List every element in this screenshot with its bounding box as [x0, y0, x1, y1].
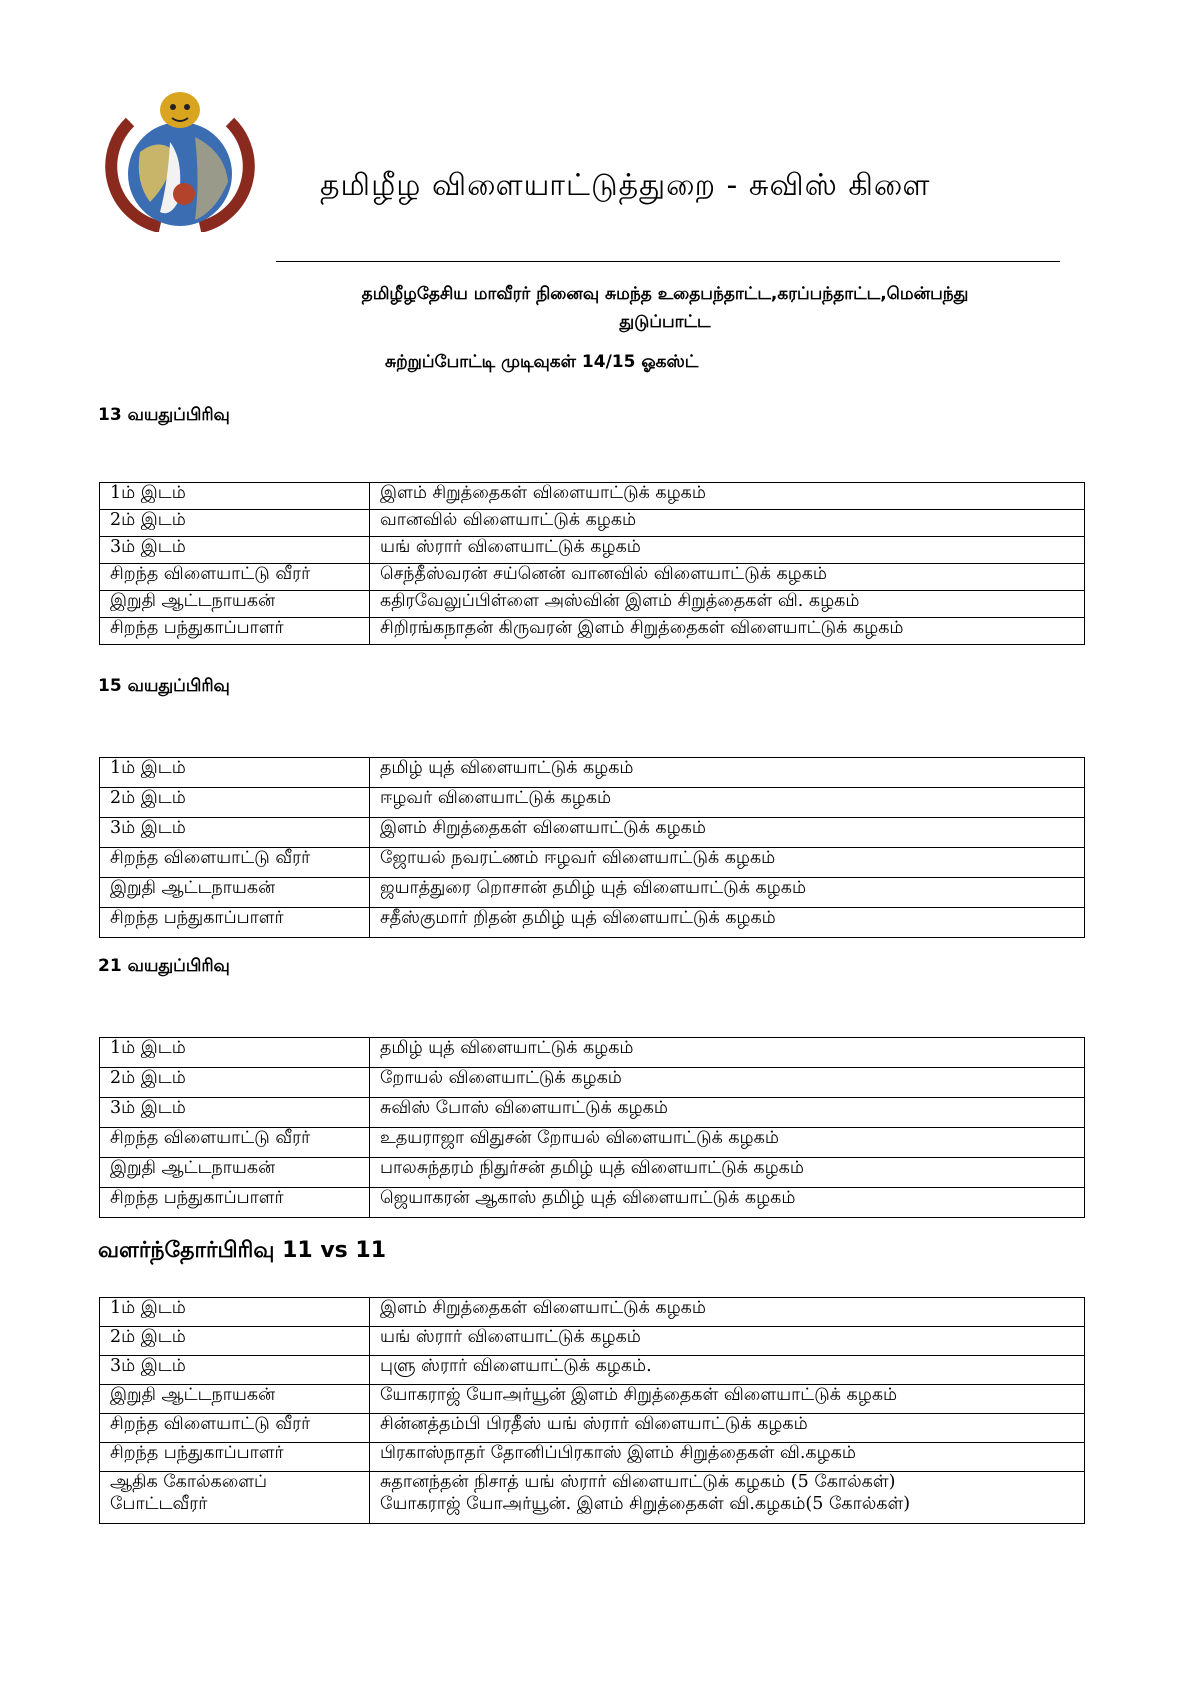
award-winner: ஈழவர் விளையாட்டுக் கழகம்	[370, 788, 1085, 818]
award-label: இறுதி ஆட்டநாயகன்	[100, 591, 370, 618]
award-label: சிறந்த பந்துகாப்பாளர்	[100, 1443, 370, 1472]
winner-line: ஈழவர் விளையாட்டுக் கழகம்	[380, 788, 1074, 810]
award-label: இறுதி ஆட்டநாயகன்	[100, 878, 370, 908]
winner-line: சின்னத்தம்பி பிரதீஸ் யங் ஸ்ரார் விளையாட்…	[380, 1414, 1074, 1436]
award-winner: புளு ஸ்ரார் விளையாட்டுக் கழகம்.	[370, 1356, 1085, 1385]
table-row: 3ம் இடம்புளு ஸ்ரார் விளையாட்டுக் கழகம்.	[100, 1356, 1085, 1385]
winner-line: யோகராஜ் யோஅர்யூன். இளம் சிறுத்தைகள் வி.க…	[380, 1494, 1074, 1516]
award-label: 3ம் இடம்	[100, 818, 370, 848]
tournament-subtitle: தமிழீழதேசிய மாவீரர் நினைவு சுமந்த உதைபந்…	[270, 280, 1060, 336]
award-winner: யோகராஜ் யோஅர்யூன் இளம் சிறுத்தைகள் விளைய…	[370, 1385, 1085, 1414]
winner-line: கதிரவேலுப்பிள்ளை அஸ்வின் இளம் சிறுத்தைகள…	[380, 591, 1074, 613]
award-winner: ஜெயாகரன் ஆகாஸ் தமிழ் யுத் விளையாட்டுக் க…	[370, 1188, 1085, 1218]
table-row: இறுதி ஆட்டநாயகன்யோகராஜ் யோஅர்யூன் இளம் ச…	[100, 1385, 1085, 1414]
award-winner: சதீஸ்குமார் றிதன் தமிழ் யுத் விளையாட்டுக…	[370, 908, 1085, 938]
winner-line: இளம் சிறுத்தைகள் விளையாட்டுக் கழகம்	[380, 483, 1074, 505]
table-row: 1ம் இடம்தமிழ் யுத் விளையாட்டுக் கழகம்	[100, 1038, 1085, 1068]
table-row: இறுதி ஆட்டநாயகன்ஜயாத்துரை றொசான் தமிழ் ய…	[100, 878, 1085, 908]
winner-line: யங் ஸ்ரார் விளையாட்டுக் கழகம்	[380, 537, 1074, 559]
award-label: 2ம் இடம்	[100, 788, 370, 818]
table-row: 3ம் இடம்சுவிஸ் போஸ் விளையாட்டுக் கழகம்	[100, 1098, 1085, 1128]
award-winner: கதிரவேலுப்பிள்ளை அஸ்வின் இளம் சிறுத்தைகள…	[370, 591, 1085, 618]
winner-line: வானவில் விளையாட்டுக் கழகம்	[380, 510, 1074, 532]
table-row: 3ம் இடம்யங் ஸ்ரார் விளையாட்டுக் கழகம்	[100, 537, 1085, 564]
award-label: சிறந்த பந்துகாப்பாளர்	[100, 908, 370, 938]
award-winner: செந்தீஸ்வரன் சய்னென் வானவில் விளையாட்டுக…	[370, 564, 1085, 591]
award-winner: தமிழ் யுத் விளையாட்டுக் கழகம்	[370, 758, 1085, 788]
results-table-u13: 1ம் இடம்இளம் சிறுத்தைகள் விளையாட்டுக் கழ…	[99, 482, 1085, 645]
award-winner: தமிழ் யுத் விளையாட்டுக் கழகம்	[370, 1038, 1085, 1068]
winner-line: சிறிரங்கநாதன் கிருவரன் இளம் சிறுத்தைகள் …	[380, 618, 1074, 640]
winner-line: ஜோயல் நவரட்ணம் ஈழவர் விளையாட்டுக் கழகம்	[380, 848, 1074, 870]
table-row: சிறந்த பந்துகாப்பாளர்ஜெயாகரன் ஆகாஸ் தமிழ…	[100, 1188, 1085, 1218]
award-winner: வானவில் விளையாட்டுக் கழகம்	[370, 510, 1085, 537]
winner-line: செந்தீஸ்வரன் சய்னென் வானவில் விளையாட்டுக…	[380, 564, 1074, 586]
winner-line: சுவிஸ் போஸ் விளையாட்டுக் கழகம்	[380, 1098, 1074, 1120]
table-row: சிறந்த விளையாட்டு வீரர்செந்தீஸ்வரன் சய்ன…	[100, 564, 1085, 591]
award-winner: சிறிரங்கநாதன் கிருவரன் இளம் சிறுத்தைகள் …	[370, 618, 1085, 645]
winner-line: ஜயாத்துரை றொசான் தமிழ் யுத் விளையாட்டுக்…	[380, 878, 1074, 900]
award-label: சிறந்த பந்துகாப்பாளர்	[100, 618, 370, 645]
award-winner: இளம் சிறுத்தைகள் விளையாட்டுக் கழகம்	[370, 818, 1085, 848]
award-label: 2ம் இடம்	[100, 1068, 370, 1098]
results-date: சுற்றுப்போட்டி முடிவுகள் 14/15 ஓகஸ்ட்	[385, 352, 698, 374]
award-winner: யங் ஸ்ரார் விளையாட்டுக் கழகம்	[370, 537, 1085, 564]
award-winner: யங் ஸ்ரார் விளையாட்டுக் கழகம்	[370, 1327, 1085, 1356]
award-winner: பிரகாஸ்நாதர் தோனிப்பிரகாஸ் இளம் சிறுத்தை…	[370, 1443, 1085, 1472]
section-heading-u13: 13 வயதுப்பிரிவு	[98, 405, 230, 427]
table-row: 1ம் இடம்இளம் சிறுத்தைகள் விளையாட்டுக் கழ…	[100, 483, 1085, 510]
table-row: சிறந்த விளையாட்டு வீரர்ஜோயல் நவரட்ணம் ஈழ…	[100, 848, 1085, 878]
award-winner: பாலசுந்தரம் நிதுர்சன் தமிழ் யுத் விளையாட…	[370, 1158, 1085, 1188]
award-winner: றோயல் விளையாட்டுக் கழகம்	[370, 1068, 1085, 1098]
section-heading-u21: 21 வயதுப்பிரிவு	[98, 956, 230, 978]
emblem-icon	[100, 82, 260, 232]
table-row: இறுதி ஆட்டநாயகன்கதிரவேலுப்பிள்ளை அஸ்வின்…	[100, 591, 1085, 618]
table-row: 3ம் இடம்இளம் சிறுத்தைகள் விளையாட்டுக் கழ…	[100, 818, 1085, 848]
winner-line: யோகராஜ் யோஅர்யூன் இளம் சிறுத்தைகள் விளைய…	[380, 1385, 1074, 1407]
winner-line: றோயல் விளையாட்டுக் கழகம்	[380, 1068, 1074, 1090]
winner-line: உதயராஜா விதுசன் றோயல் விளையாட்டுக் கழகம்	[380, 1128, 1074, 1150]
winner-line: புளு ஸ்ரார் விளையாட்டுக் கழகம்.	[380, 1356, 1074, 1378]
winner-line: பிரகாஸ்நாதர் தோனிப்பிரகாஸ் இளம் சிறுத்தை…	[380, 1443, 1074, 1465]
award-winner: உதயராஜா விதுசன் றோயல் விளையாட்டுக் கழகம்	[370, 1128, 1085, 1158]
winner-line: இளம் சிறுத்தைகள் விளையாட்டுக் கழகம்	[380, 818, 1074, 840]
award-label: சிறந்த விளையாட்டு வீரர்	[100, 848, 370, 878]
winner-line: சதீஸ்குமார் றிதன் தமிழ் யுத் விளையாட்டுக…	[380, 908, 1074, 930]
award-winner: சுதானந்தன் நிசாத் யங் ஸ்ரார் விளையாட்டுக…	[370, 1472, 1085, 1524]
winner-line: பாலசுந்தரம் நிதுர்சன் தமிழ் யுத் விளையாட…	[380, 1158, 1074, 1180]
award-label: 1ம் இடம்	[100, 483, 370, 510]
winner-line: இளம் சிறுத்தைகள் விளையாட்டுக் கழகம்	[380, 1298, 1074, 1320]
table-row: 1ம் இடம்இளம் சிறுத்தைகள் விளையாட்டுக் கழ…	[100, 1298, 1085, 1327]
table-row: 1ம் இடம்தமிழ் யுத் விளையாட்டுக் கழகம்	[100, 758, 1085, 788]
award-winner: இளம் சிறுத்தைகள் விளையாட்டுக் கழகம்	[370, 1298, 1085, 1327]
page-title: தமிழீழ விளையாட்டுத்துறை - சுவிஸ் கிளை	[320, 168, 930, 207]
award-label: சிறந்த விளையாட்டு வீரர்	[100, 1128, 370, 1158]
award-label: சிறந்த விளையாட்டு வீரர்	[100, 1414, 370, 1443]
award-winner: சுவிஸ் போஸ் விளையாட்டுக் கழகம்	[370, 1098, 1085, 1128]
award-label: 2ம் இடம்	[100, 510, 370, 537]
table-row: இறுதி ஆட்டநாயகன்பாலசுந்தரம் நிதுர்சன் தம…	[100, 1158, 1085, 1188]
award-label: சிறந்த விளையாட்டு வீரர்	[100, 564, 370, 591]
award-winner: ஜயாத்துரை றொசான் தமிழ் யுத் விளையாட்டுக்…	[370, 878, 1085, 908]
award-label: சிறந்த பந்துகாப்பாளர்	[100, 1188, 370, 1218]
results-table-u21: 1ம் இடம்தமிழ் யுத் விளையாட்டுக் கழகம்2ம்…	[99, 1037, 1085, 1218]
table-row: 2ம் இடம்யங் ஸ்ரார் விளையாட்டுக் கழகம்	[100, 1327, 1085, 1356]
award-label: 3ம் இடம்	[100, 1356, 370, 1385]
award-label: 1ம் இடம்	[100, 1038, 370, 1068]
award-label: ஆதிக கோல்களைப் போட்டவீரர்	[100, 1472, 370, 1524]
winner-line: தமிழ் யுத் விளையாட்டுக் கழகம்	[380, 758, 1074, 780]
award-winner: இளம் சிறுத்தைகள் விளையாட்டுக் கழகம்	[370, 483, 1085, 510]
section-heading-u15: 15 வயதுப்பிரிவு	[98, 676, 230, 698]
award-label: 2ம் இடம்	[100, 1327, 370, 1356]
sports-council-logo	[100, 82, 260, 232]
winner-line: சுதானந்தன் நிசாத் யங் ஸ்ரார் விளையாட்டுக…	[380, 1472, 1074, 1494]
award-winner: சின்னத்தம்பி பிரதீஸ் யங் ஸ்ரார் விளையாட்…	[370, 1414, 1085, 1443]
table-row: சிறந்த பந்துகாப்பாளர்சிறிரங்கநாதன் கிருவ…	[100, 618, 1085, 645]
results-table-u15: 1ம் இடம்தமிழ் யுத் விளையாட்டுக் கழகம்2ம்…	[99, 757, 1085, 938]
award-label: 3ம் இடம்	[100, 1098, 370, 1128]
table-row: ஆதிக கோல்களைப் போட்டவீரர்சுதானந்தன் நிசா…	[100, 1472, 1085, 1524]
winner-line: ஜெயாகரன் ஆகாஸ் தமிழ் யுத் விளையாட்டுக் க…	[380, 1188, 1074, 1210]
section-heading-adult: வளர்ந்தோர்பிரிவு 11 vs 11	[98, 1238, 386, 1266]
table-row: சிறந்த பந்துகாப்பாளர்பிரகாஸ்நாதர் தோனிப்…	[100, 1443, 1085, 1472]
award-label: 1ம் இடம்	[100, 1298, 370, 1327]
award-winner: ஜோயல் நவரட்ணம் ஈழவர் விளையாட்டுக் கழகம்	[370, 848, 1085, 878]
award-label: இறுதி ஆட்டநாயகன்	[100, 1158, 370, 1188]
table-row: 2ம் இடம்றோயல் விளையாட்டுக் கழகம்	[100, 1068, 1085, 1098]
table-row: 2ம் இடம்வானவில் விளையாட்டுக் கழகம்	[100, 510, 1085, 537]
award-label: 1ம் இடம்	[100, 758, 370, 788]
table-row: சிறந்த விளையாட்டு வீரர்உதயராஜா விதுசன் ற…	[100, 1128, 1085, 1158]
table-row: சிறந்த பந்துகாப்பாளர்சதீஸ்குமார் றிதன் த…	[100, 908, 1085, 938]
winner-line: தமிழ் யுத் விளையாட்டுக் கழகம்	[380, 1038, 1074, 1060]
award-label: இறுதி ஆட்டநாயகன்	[100, 1385, 370, 1414]
table-row: சிறந்த விளையாட்டு வீரர்சின்னத்தம்பி பிரத…	[100, 1414, 1085, 1443]
award-label: 3ம் இடம்	[100, 537, 370, 564]
winner-line: யங் ஸ்ரார் விளையாட்டுக் கழகம்	[380, 1327, 1074, 1349]
results-table-adult: 1ம் இடம்இளம் சிறுத்தைகள் விளையாட்டுக் கழ…	[99, 1297, 1085, 1524]
title-divider	[276, 261, 1060, 262]
table-row: 2ம் இடம்ஈழவர் விளையாட்டுக் கழகம்	[100, 788, 1085, 818]
subtitle-line-1: தமிழீழதேசிய மாவீரர் நினைவு சுமந்த உதைபந்…	[270, 280, 1060, 308]
subtitle-line-2: துடுப்பாட்ட	[270, 308, 1060, 336]
